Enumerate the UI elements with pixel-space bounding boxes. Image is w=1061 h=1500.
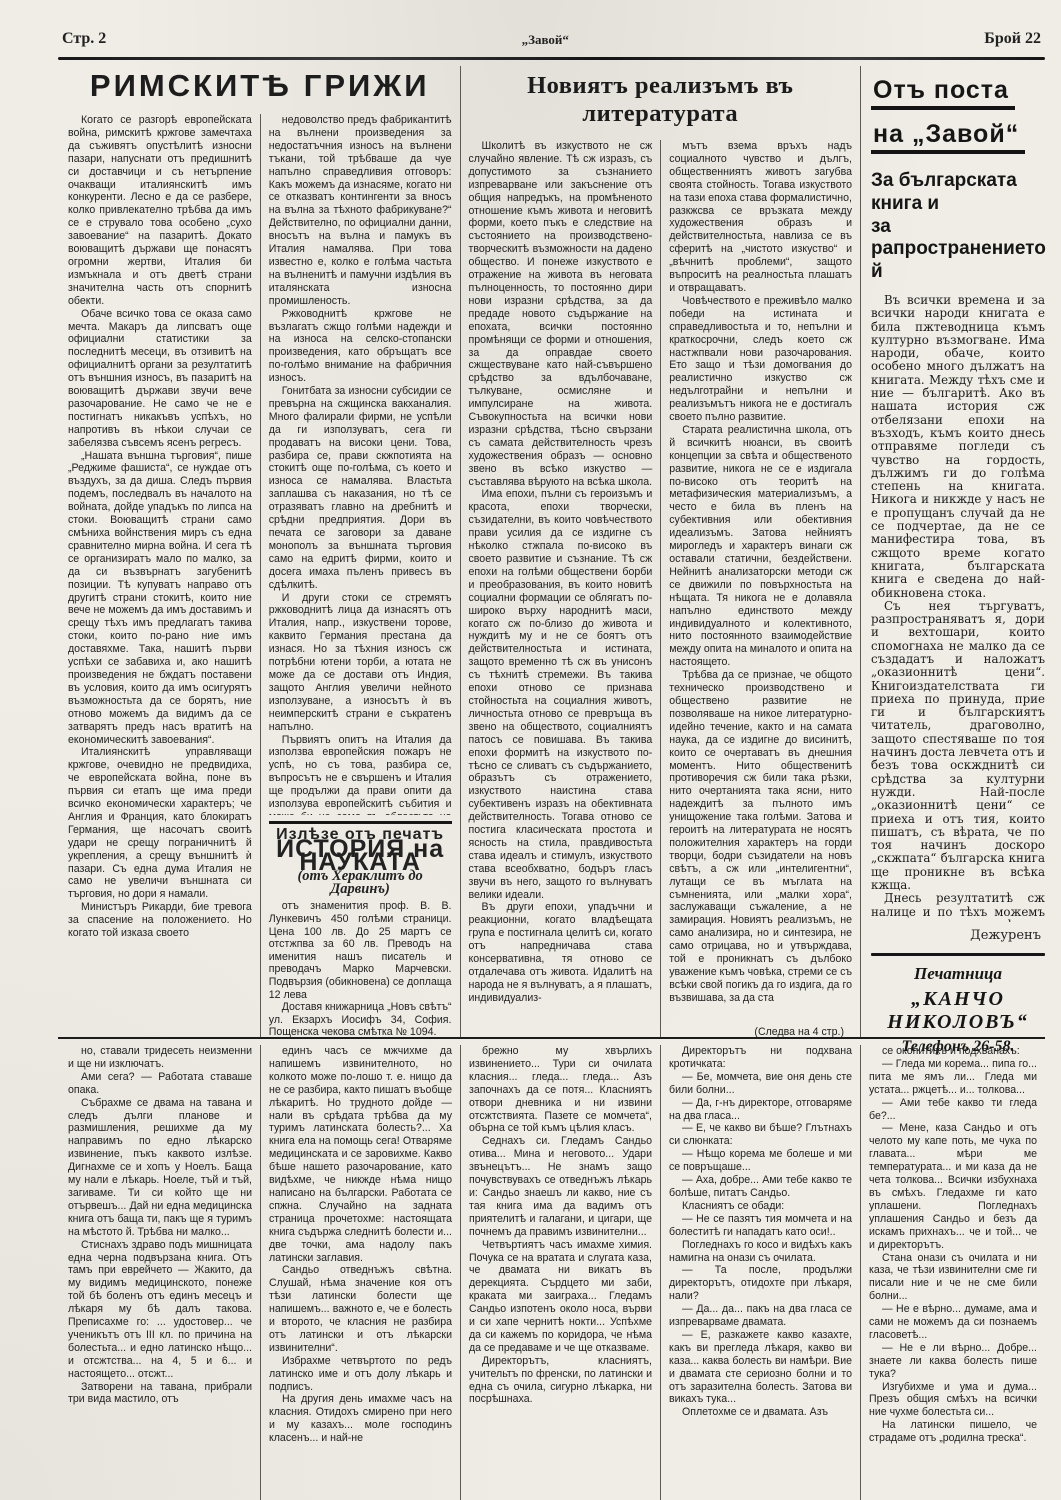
paragraph: Ами сега? — Работата ставаше опака.: [68, 1071, 252, 1097]
paragraph: — Е, че какво ви бѣше? Глътнахъ си слюнк…: [669, 1122, 852, 1148]
paragraph: Обаче всичко това се оказа само мечта. М…: [68, 308, 252, 450]
paragraph: Доставя книжарница „Новъ свѣтъ“ ул. Екза…: [269, 1001, 452, 1039]
paragraph: недоволство предъ фабрикантитѣ на вълнен…: [269, 114, 452, 308]
paragraph: Събрахме се двама на тавана и следъ дълг…: [68, 1097, 252, 1239]
paragraph: Трѣбва да се признае, че общото техничес…: [669, 669, 852, 1005]
paragraph: На другия день имахме часъ на класния. О…: [269, 1393, 452, 1445]
post-column: Отъ поста на „Завой“ За българската книг…: [860, 66, 1045, 1039]
paragraph: — Не е ли вѣрно... Добре... знаете ли ка…: [869, 1342, 1037, 1381]
paragraph: — Гледа ми корема... пипа го... пита ме …: [869, 1058, 1037, 1097]
paragraph: Човѣчеството е преживѣло малко победи на…: [669, 295, 852, 424]
paragraph: Гонитбата за износни субсидии се превърн…: [269, 385, 452, 592]
top-section: РИМСКИТѢ ГРИЖИ Когато се разгорѣ европей…: [60, 66, 1045, 1039]
feuilleton-column-3: брежно му хвърлихъ извинението... Тури с…: [460, 1045, 660, 1500]
feuilleton-column-4: Директорътъ ни подхвана кротичката:— Бе,…: [660, 1045, 860, 1500]
paragraph: Въ други епохи, упадъчни и реакционни, к…: [469, 901, 653, 1004]
paragraph: Школитѣ въ изкуството не сж случайно явл…: [469, 140, 653, 488]
paragraph: Стиснахъ здраво подъ мишницата една черн…: [68, 1239, 252, 1381]
page-header: Стр. 2 „Завой“ Брой 22: [62, 30, 1041, 48]
paragraph: — Мене, каза Сандьо и отъ челото му капе…: [869, 1122, 1037, 1251]
paragraph: — Да, г-нъ директоре, отговаряме на два …: [669, 1097, 852, 1123]
paragraph: „Нашата външна търговия“, пише „Реджиме …: [68, 450, 252, 747]
printer-name: „КАНЧО НИКОЛОВЪ“: [871, 988, 1045, 1034]
paragraph: — Ами тебе какво ти гледа бе?...: [869, 1097, 1037, 1123]
paragraph: Седнахъ си. Гледамъ Сандьо отива... Мина…: [469, 1135, 652, 1238]
paragraph: Избрахме четвъртото по редъ латинско име…: [269, 1355, 452, 1394]
printer-label: Печатница: [871, 964, 1045, 984]
paragraph: Четвъртиятъ часъ имахме химия. Почука се…: [469, 1239, 652, 1355]
feuilleton-column-1: но, ставали тридесеть неизменни и ще ни …: [60, 1045, 260, 1500]
paragraph: мътъ взема връхъ надъ социалното чувство…: [669, 140, 852, 295]
divider-rule: [871, 953, 1045, 956]
article2-column-1: Школитѣ въ изкуството не сж случайно явл…: [461, 140, 661, 1039]
paragraph: Днесь резултатитѣ сж налице и по тѣхъ мо…: [871, 892, 1045, 922]
feuilleton-column-5: се окопитихъ и подхванахъ:— Гледа ми кор…: [860, 1045, 1045, 1500]
paragraph: Погледнахъ го косо и видѣхъ какъ намигна…: [669, 1239, 852, 1265]
post-article-title: За българската книга и за рапространение…: [871, 170, 1045, 284]
article1-column-2: недоволство предъ фабрикантитѣ на вълнен…: [260, 114, 460, 1039]
post-kicker-line2: на „Завой“: [871, 118, 1025, 154]
post-title-line2: за рапространението й: [871, 216, 1046, 283]
issue-number: Брой 22: [984, 30, 1041, 48]
signature: Дежуренъ: [871, 928, 1041, 943]
feuilleton-section: но, ставали тридесеть неизменни и ще ни …: [60, 1045, 1045, 1500]
paragraph: отъ знаменития проф. В. В. Лункевичъ 450…: [269, 900, 452, 1001]
header-rule: [58, 57, 1045, 60]
paragraph: — Аха, добре... Ами тебе какво те болѣше…: [669, 1174, 852, 1200]
feuilleton-column-2: единъ часъ се мжчихме да напишемъ извини…: [260, 1045, 460, 1500]
article1-column-1: Когато се разгорѣ европейската война, ри…: [60, 114, 260, 1039]
post-title-line1: За българската книга и: [871, 170, 1017, 214]
ad-body: отъ знаменития проф. В. В. Лункевичъ 450…: [269, 900, 452, 1039]
paragraph: Класниятъ се обади:: [669, 1200, 852, 1213]
paragraph: На латински пишело, че страдаме отъ „род…: [869, 1419, 1037, 1445]
newspaper-page: Стр. 2 „Завой“ Брой 22 РИМСКИТѢ ГРИЖИ Ко…: [0, 0, 1061, 1500]
article2-column-2-text: мътъ взема връхъ надъ социалното чувство…: [669, 140, 852, 1024]
section-divider-rule: [58, 1037, 1045, 1039]
paragraph: — Не е вѣрно... думаме, ама и сами не мо…: [869, 1303, 1037, 1342]
paragraph: — Та после, продължи директорътъ, отидох…: [669, 1264, 852, 1303]
paragraph: Италиянскитѣ управляващи кржгове, очевид…: [68, 746, 252, 901]
paragraph: Има епохи, пълни съ героизъмъ и красота,…: [469, 488, 653, 901]
paragraph: Въ всички времена и за всички народи кни…: [871, 294, 1045, 600]
paragraph: Първиятъ опитъ на Италия да използва евр…: [269, 734, 452, 815]
paragraph: брежно му хвърлихъ извинението... Тури с…: [469, 1045, 652, 1135]
article1-column-2-text: недоволство предъ фабрикантитѣ на вълнен…: [269, 114, 452, 815]
paragraph: Министъръ Рикарди, бие тревога за спасен…: [68, 901, 252, 940]
book-advertisement: Излѣзе отъ печатъ ИСТОРИЯ на НАУКАТА (от…: [269, 821, 452, 1039]
printer-imprint: Печатница „КАНЧО НИКОЛОВЪ“ Телефонъ 26-5…: [871, 964, 1045, 1056]
paragraph: Съ нея търгуватъ, разпространяватъ я, до…: [871, 600, 1045, 893]
paragraph: — Не се пазятъ тия момчета и на болестит…: [669, 1213, 852, 1239]
paragraph: — Е, разкажете какво казахте, какъ ви пр…: [669, 1329, 852, 1406]
paragraph: Затворени на тавана, прибрали три вида м…: [68, 1381, 252, 1407]
paragraph: Когато се разгорѣ европейската война, ри…: [68, 114, 252, 308]
paragraph: Директорътъ, класниятъ, учительтъ по фре…: [469, 1355, 652, 1407]
post-kicker-line1: Отъ поста: [871, 74, 1015, 110]
paragraph: — Нѣщо корема ме болеше и ми се повръщаш…: [669, 1148, 852, 1174]
article-new-realism: Новиятъ реализъмъ въ литературата Школит…: [460, 66, 861, 1039]
article2-title: Новиятъ реализъмъ въ литературата: [461, 72, 861, 128]
masthead-title: „Завой“: [522, 32, 569, 48]
paragraph: Стана онази съ очилата и ни каза, че тѣз…: [869, 1252, 1037, 1304]
ad-book-subtitle: (отъ Хераклитъ до Дарвинъ): [269, 870, 452, 896]
paragraph: Старата реалистична школа, отъ й всичкит…: [669, 424, 852, 669]
paragraph: Директорътъ ни подхвана кротичката:: [669, 1045, 852, 1071]
article1-title: РИМСКИТѢ ГРИЖИ: [60, 68, 460, 104]
paragraph: се окопитихъ и подхванахъ:: [869, 1045, 1037, 1058]
paragraph: но, ставали тридесеть неизменни и ще ни …: [68, 1045, 252, 1071]
paragraph: И други стоки се стремятъ ржководнитѣ ли…: [269, 592, 452, 734]
paragraph: Изгубихме и ума и дума... Презъ общия см…: [869, 1381, 1037, 1420]
paragraph: — Да... да... пакъ на два гласа се изпре…: [669, 1303, 852, 1329]
paragraph: — Бе, момчета, вие оня день сте били бол…: [669, 1071, 852, 1097]
paragraph: Ржководнитѣ кржгове не възлагатъ сжщо го…: [269, 308, 452, 385]
article2-column-2: мътъ взема връхъ надъ социалното чувство…: [660, 140, 860, 1039]
article-roman-worries: РИМСКИТѢ ГРИЖИ Когато се разгорѣ европей…: [60, 66, 460, 1039]
paragraph: Сандьо отведнъжъ свѣтна. Слушай, нѣма зн…: [269, 1264, 452, 1354]
ad-book-title: ИСТОРИЯ на НАУКАТА: [269, 843, 452, 869]
paragraph: единъ часъ се мжчихме да напишемъ извини…: [269, 1045, 452, 1264]
post-article-body: Въ всички времена и за всички народи кни…: [871, 294, 1045, 922]
page-number: Стр. 2: [62, 30, 106, 48]
paragraph: Оплетохме се и двамата. Азъ: [669, 1406, 852, 1419]
